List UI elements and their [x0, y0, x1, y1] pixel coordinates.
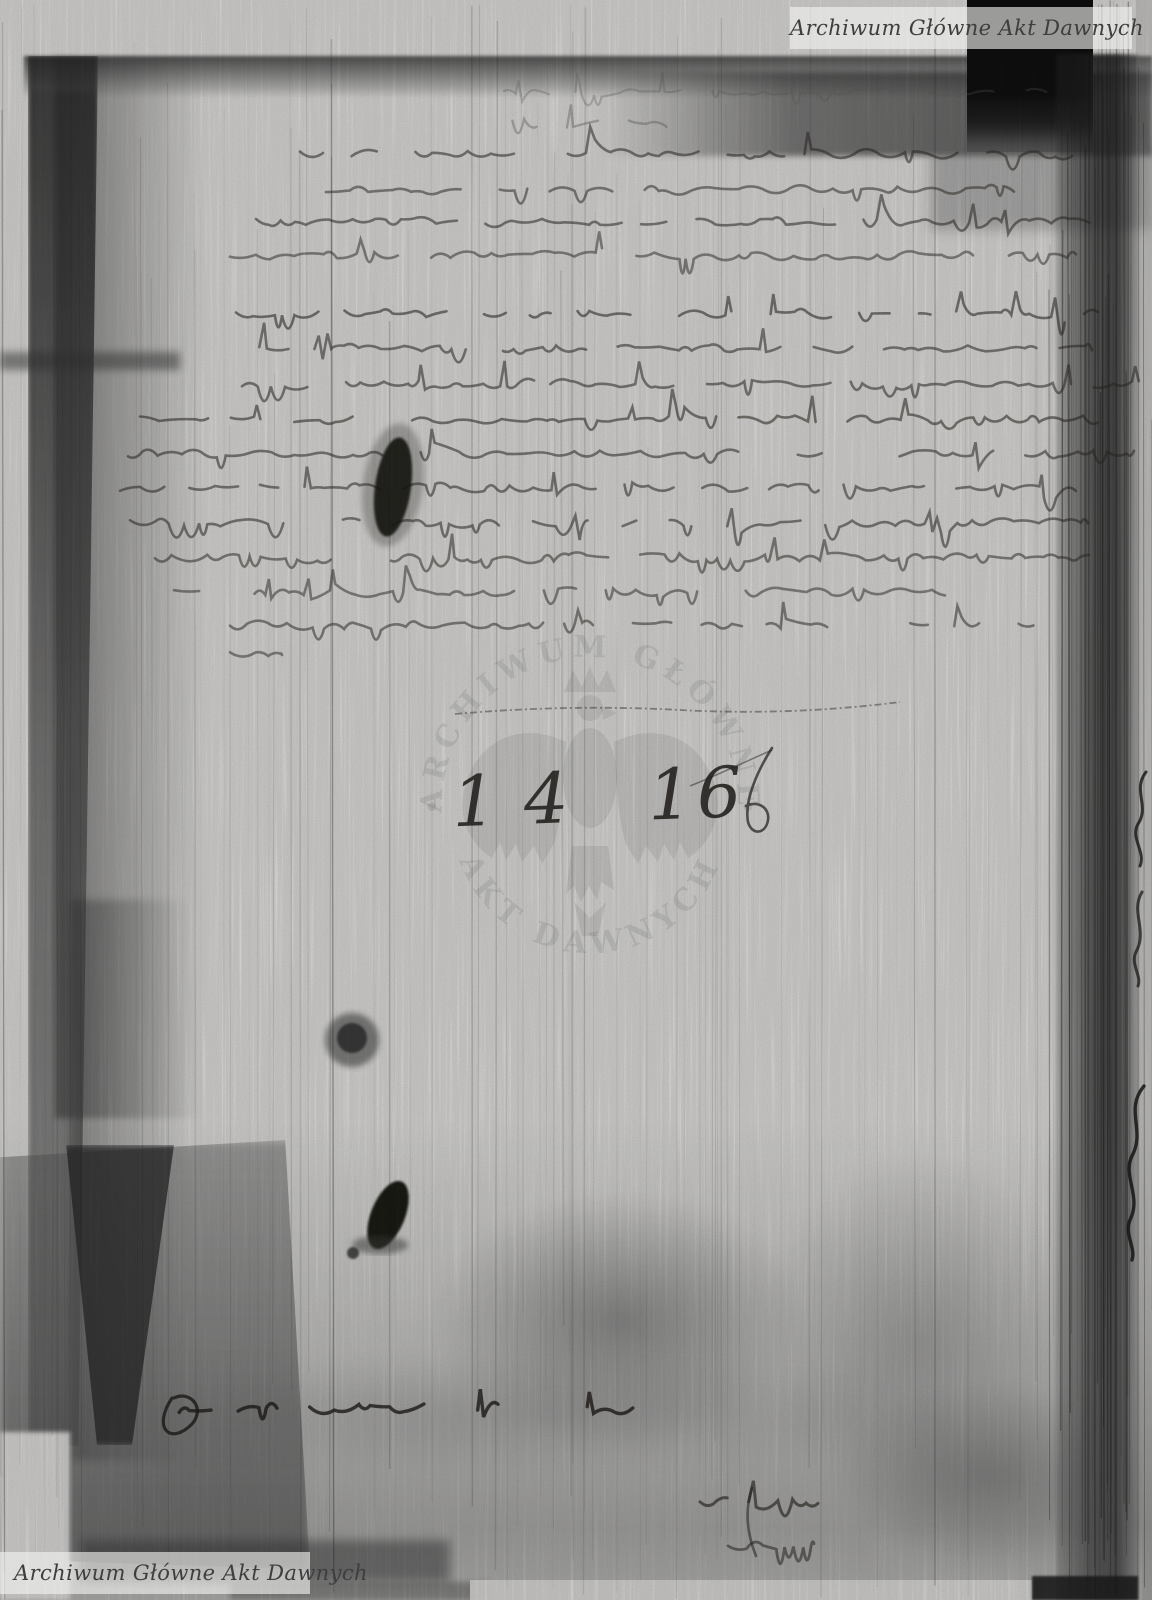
scanned-manuscript-page: ARCHIWUM GŁÓWNE AKT DAWNYCH • •	[0, 0, 1152, 1600]
manuscript-art-layer: ARCHIWUM GŁÓWNE AKT DAWNYCH • •	[0, 0, 1152, 1600]
grain-texture	[0, 0, 1152, 1600]
